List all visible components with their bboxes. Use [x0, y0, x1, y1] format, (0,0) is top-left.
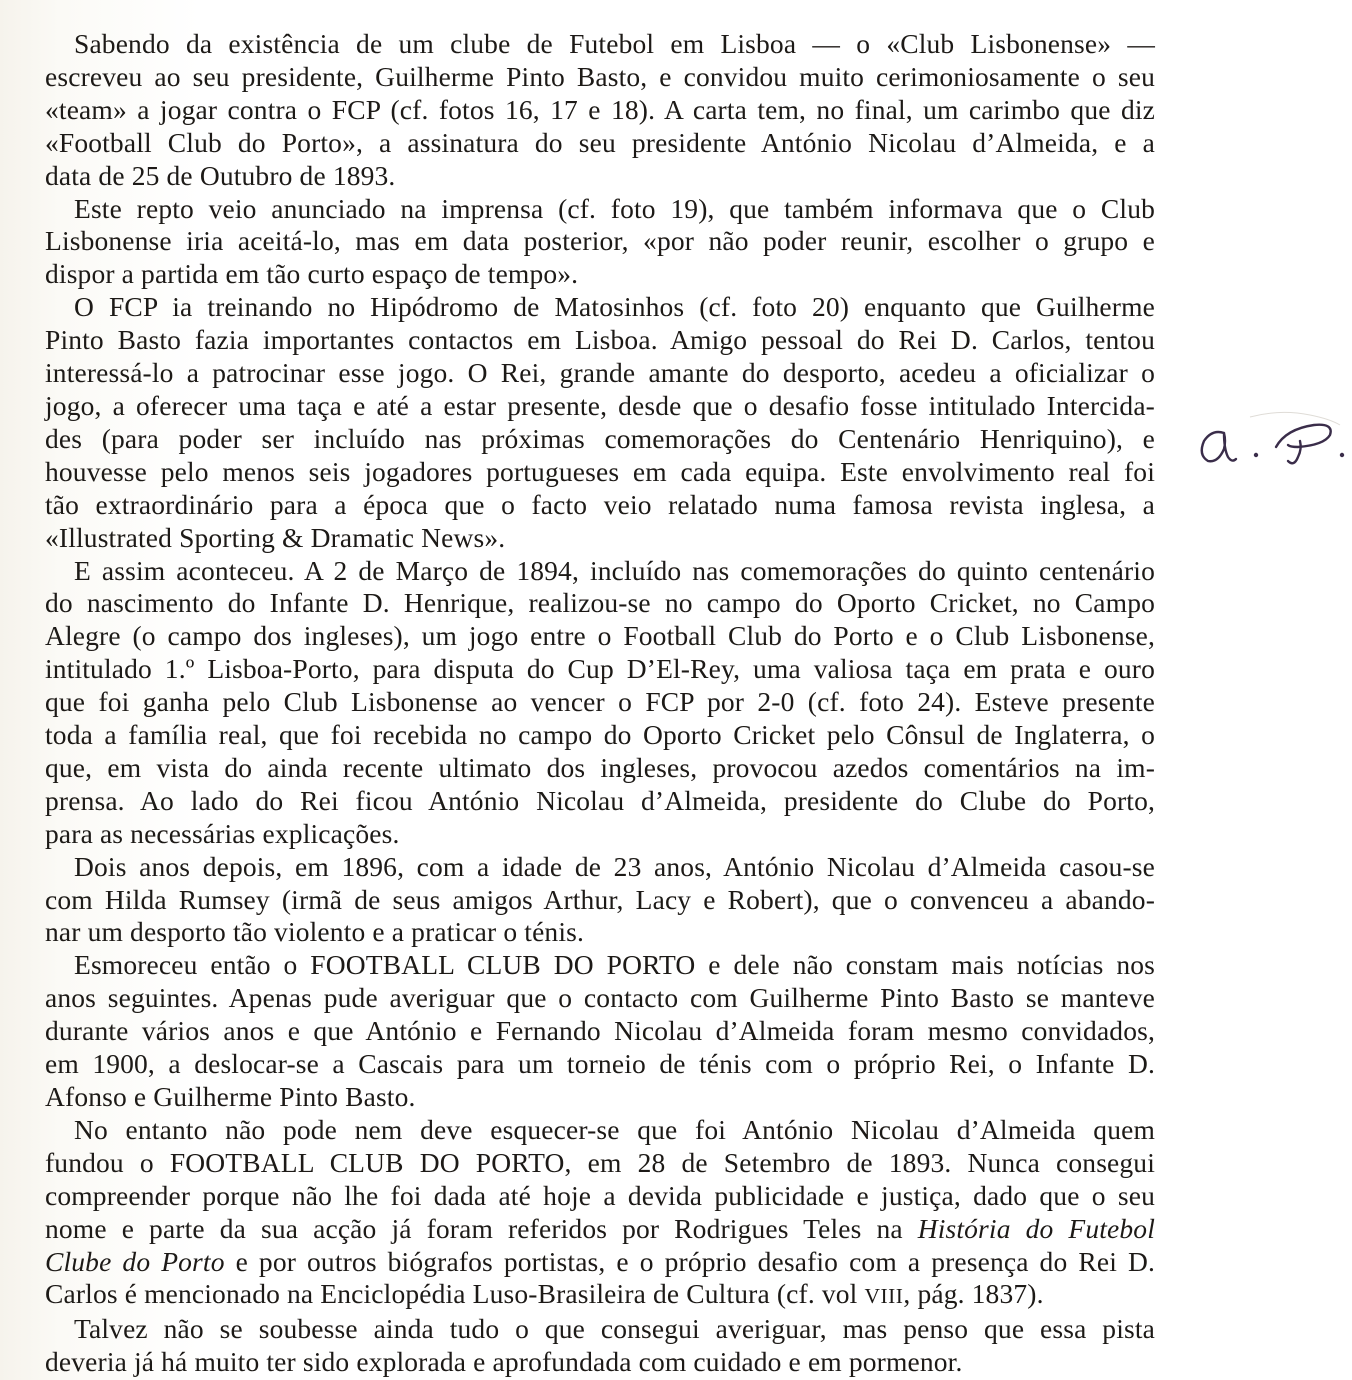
text-line: Este repto veio anunciado na imprensa (c… — [45, 193, 1155, 226]
text-line: houvesse pelo menos seis jogadores portu… — [45, 456, 1155, 489]
text-run: Carlos é mencionado na Enciclopédia Luso… — [45, 1278, 865, 1309]
text-line: em 1900, a deslocar-se a Cascais para um… — [45, 1048, 1155, 1081]
paragraph: Sabendo da existência de um clube de Fut… — [45, 28, 1155, 193]
text-line: «Football Club do Porto», a assinatura d… — [45, 127, 1155, 160]
text-line: Talvez não se soubesse ainda tudo o que … — [45, 1313, 1155, 1346]
paragraph: Esmoreceu então o FOOTBALL CLUB DO PORTO… — [45, 949, 1155, 1114]
text-line: Lisbonense iria aceitá-lo, mas em data p… — [45, 225, 1155, 258]
text-line: anos seguintes. Apenas pude averiguar qu… — [45, 982, 1155, 1015]
scanned-book-page: Sabendo da existência de um clube de Fut… — [0, 0, 1352, 1380]
text-line: Alegre (o campo dos ingleses), um jogo e… — [45, 620, 1155, 653]
text-line: interessá-lo a patrocinar esse jogo. O R… — [45, 357, 1155, 390]
handwritten-annotation — [1190, 405, 1350, 485]
book-title-italic: Clube do Porto — [45, 1246, 225, 1277]
text-line: dispor a partida em tão curto espaço de … — [45, 258, 1155, 291]
text-run: e por outros biógrafos portistas, e o pr… — [225, 1246, 1155, 1277]
text-line: Dois anos depois, em 1896, com a idade d… — [45, 851, 1155, 884]
text-line: durante vários anos e que António e Fern… — [45, 1015, 1155, 1048]
text-line: fundou o FOOTBALL CLUB DO PORTO, em 28 d… — [45, 1147, 1155, 1180]
text-line: des (para poder ser incluído nas próxima… — [45, 423, 1155, 456]
paragraph: O FCP ia treinando no Hipódromo de Matos… — [45, 291, 1155, 554]
text-line: que, em vista do ainda recente ultimato … — [45, 752, 1155, 785]
text-line: toda a família real, que foi recebida no… — [45, 719, 1155, 752]
text-line: No entanto não pode nem deve esquecer-se… — [45, 1114, 1155, 1147]
text-run: nome e parte da sua acção já foram refer… — [45, 1213, 918, 1244]
handwritten-initials-icon — [1190, 405, 1350, 485]
text-line: Clube do Porto e por outros biógrafos po… — [45, 1246, 1155, 1279]
text-line: que foi ganha pelo Club Lisbonense ao ve… — [45, 686, 1155, 719]
paragraph: No entanto não pode nem deve esquecer-se… — [45, 1114, 1155, 1313]
text-line: nar um desporto tão violento e a pratica… — [45, 916, 1155, 949]
text-line: compreender porque não lhe foi dada até … — [45, 1180, 1155, 1213]
text-line: intitulado 1.º Lisboa-Porto, para disput… — [45, 653, 1155, 686]
text-line: O FCP ia treinando no Hipódromo de Matos… — [45, 291, 1155, 324]
paragraph: E assim aconteceu. A 2 de Março de 1894,… — [45, 555, 1155, 851]
text-line: escreveu ao seu presidente, Guilherme Pi… — [45, 61, 1155, 94]
text-line: prensa. Ao lado do Rei ficou António Nic… — [45, 785, 1155, 818]
text-line: deveria já há muito ter sido explorada e… — [45, 1346, 1155, 1379]
text-line: E assim aconteceu. A 2 de Março de 1894,… — [45, 555, 1155, 588]
paragraph: Talvez não se soubesse ainda tudo o que … — [45, 1313, 1155, 1379]
text-line: data de 25 de Outubro de 1893. — [45, 160, 1155, 193]
body-text: Sabendo da existência de um clube de Fut… — [45, 28, 1155, 1379]
text-run: , pág. 1837). — [903, 1278, 1043, 1309]
text-line: Sabendo da existência de um clube de Fut… — [45, 28, 1155, 61]
volume-number: VIII — [865, 1284, 904, 1308]
paragraph: Dois anos depois, em 1896, com a idade d… — [45, 851, 1155, 950]
text-line: com Hilda Rumsey (irmã de seus amigos Ar… — [45, 884, 1155, 917]
text-line: do nascimento do Infante D. Henrique, re… — [45, 587, 1155, 620]
text-line: «Illustrated Sporting & Dramatic News». — [45, 522, 1155, 555]
book-title-italic: História do Futebol — [918, 1213, 1155, 1244]
paragraph: Este repto veio anunciado na imprensa (c… — [45, 193, 1155, 292]
text-line: para as necessárias explicações. — [45, 818, 1155, 851]
text-line: Carlos é mencionado na Enciclopédia Luso… — [45, 1278, 1155, 1313]
text-line: tão extraordinário para a época que o fa… — [45, 489, 1155, 522]
text-line: «team» a jogar contra o FCP (cf. fotos 1… — [45, 94, 1155, 127]
text-line: Esmoreceu então o FOOTBALL CLUB DO PORTO… — [45, 949, 1155, 982]
text-line: nome e parte da sua acção já foram refer… — [45, 1213, 1155, 1246]
text-line: jogo, a oferecer uma taça e até a estar … — [45, 390, 1155, 423]
text-line: Afonso e Guilherme Pinto Basto. — [45, 1081, 1155, 1114]
text-line: Pinto Basto fazia importantes contactos … — [45, 324, 1155, 357]
